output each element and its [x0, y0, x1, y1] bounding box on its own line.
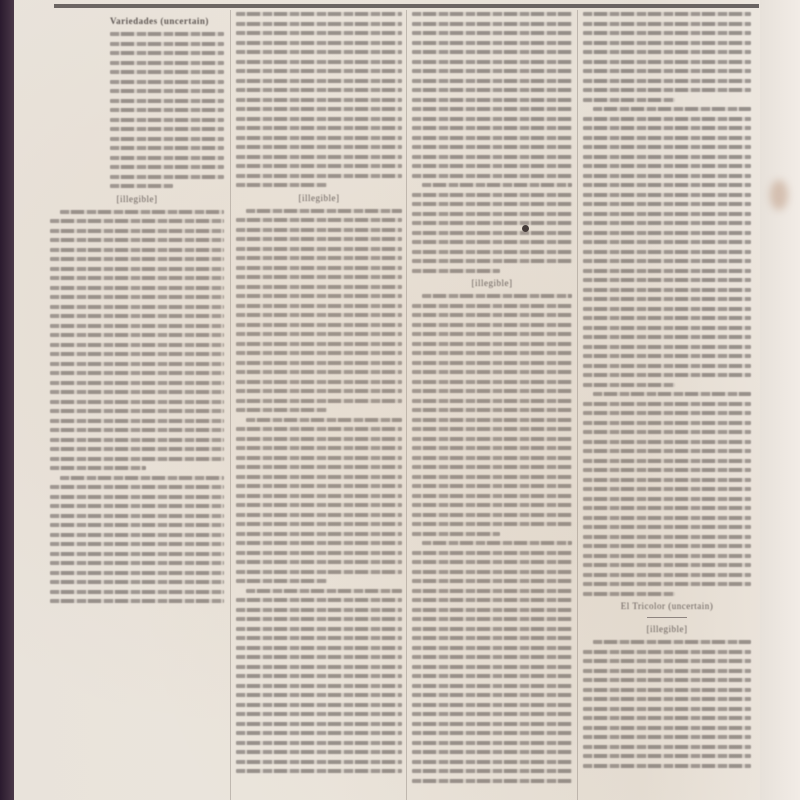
text-line [412, 98, 572, 102]
text-line [50, 371, 224, 375]
text-line [583, 60, 751, 64]
text-line [236, 266, 402, 270]
text-line [412, 589, 572, 593]
text-line [110, 42, 224, 46]
text-line [110, 32, 224, 36]
text-line [236, 304, 402, 308]
column-4-body-text: El Tricolor (uncertain)[illegible] [583, 12, 751, 768]
ink-blot [522, 225, 529, 232]
text-line [50, 523, 224, 527]
column-4: El Tricolor (uncertain)[illegible] [583, 12, 751, 773]
text-line [50, 305, 224, 309]
text-line [50, 504, 224, 508]
text-line [412, 684, 572, 688]
text-line [583, 212, 751, 216]
text-line [583, 98, 675, 102]
text-line [50, 514, 224, 518]
text-line [583, 345, 751, 349]
text-line [412, 646, 572, 650]
text-line [583, 307, 751, 311]
text-line [236, 107, 402, 111]
text-line [236, 41, 402, 45]
text-line [412, 164, 572, 168]
text-line [412, 418, 572, 422]
text-line [236, 342, 402, 346]
text-line [236, 494, 402, 498]
text-line [583, 31, 751, 35]
column-1-body-text [50, 210, 224, 604]
text-line [50, 571, 224, 575]
text-line [412, 703, 572, 707]
page-margin [760, 0, 800, 800]
text-line [236, 145, 402, 149]
text-line [236, 174, 402, 178]
text-line [50, 438, 224, 442]
text-line [236, 285, 402, 289]
text-line [236, 636, 402, 640]
text-line [236, 31, 402, 35]
text-line [110, 108, 224, 112]
text-line [236, 617, 402, 621]
text-line [236, 522, 402, 526]
text-line [50, 533, 224, 537]
text-line [583, 269, 751, 273]
text-line [593, 107, 751, 111]
text-line [110, 137, 224, 141]
text-line [236, 155, 402, 159]
column-1: Variedades (uncertain) [illegible] [50, 12, 224, 609]
text-line [412, 212, 572, 216]
text-line [583, 364, 751, 368]
text-line [50, 219, 224, 223]
text-line [583, 573, 751, 577]
text-line [236, 408, 327, 412]
text-line [236, 608, 402, 612]
text-line [583, 202, 751, 206]
text-line [236, 598, 402, 602]
column-divider [406, 10, 407, 800]
text-line [583, 697, 751, 701]
text-line [236, 256, 402, 260]
text-line [50, 428, 224, 432]
text-line [412, 570, 572, 574]
text-line [236, 693, 402, 697]
text-line [412, 437, 572, 441]
text-line [583, 525, 751, 529]
text-line [110, 89, 224, 93]
text-line [236, 503, 402, 507]
text-line [50, 409, 224, 413]
text-line [583, 650, 751, 654]
text-line [583, 468, 751, 472]
text-line [412, 126, 572, 130]
text-line [236, 655, 402, 659]
text-line [412, 560, 572, 564]
text-line [412, 665, 572, 669]
text-line [412, 532, 500, 536]
text-line [50, 362, 224, 366]
text-line [236, 570, 402, 574]
text-line [50, 390, 224, 394]
text-line [583, 383, 675, 387]
text-line [236, 218, 402, 222]
text-line [412, 107, 572, 111]
text-line [583, 326, 751, 330]
text-line [236, 50, 402, 54]
text-line [583, 669, 751, 673]
text-line [236, 69, 402, 73]
text-line [412, 741, 572, 745]
text-line [50, 238, 224, 242]
text-line [412, 674, 572, 678]
text-line [412, 503, 572, 507]
text-line [583, 544, 751, 548]
text-line [110, 99, 224, 103]
text-line [412, 513, 572, 517]
text-line [110, 118, 224, 122]
text-line [583, 22, 751, 26]
text-line [412, 389, 572, 393]
text-line [412, 475, 572, 479]
column-2-body-text: [illegible] [236, 12, 402, 773]
text-line [593, 392, 751, 396]
text-line [412, 769, 572, 773]
text-line [412, 579, 572, 583]
text-line [583, 145, 751, 149]
text-line [236, 741, 402, 745]
text-line [246, 209, 402, 213]
top-rule [54, 4, 759, 8]
text-line [236, 136, 402, 140]
text-line [236, 88, 402, 92]
text-line [412, 408, 572, 412]
text-line [412, 446, 572, 450]
newspaper-page: Variedades (uncertain) [illegible] [ille… [14, 0, 800, 800]
text-line [412, 351, 572, 355]
text-line [236, 389, 402, 393]
text-line [236, 750, 402, 754]
text-line [50, 466, 146, 470]
text-line [236, 665, 402, 669]
text-line [236, 332, 402, 336]
text-line [583, 354, 751, 358]
text-line [412, 41, 572, 45]
column-3-body-text: [illegible] [412, 12, 572, 783]
text-line [236, 551, 402, 555]
text-line [422, 294, 572, 298]
text-line [110, 127, 224, 131]
background-edge [0, 0, 14, 800]
section-heading: El Tricolor (uncertain) [583, 601, 751, 611]
section-heading: [illegible] [236, 193, 402, 203]
text-line [583, 335, 751, 339]
text-line [236, 275, 402, 279]
text-line [412, 427, 572, 431]
text-line [583, 459, 751, 463]
text-line [412, 731, 572, 735]
text-line [583, 117, 751, 121]
column-divider [230, 10, 231, 800]
text-line [50, 314, 224, 318]
text-line [412, 323, 572, 327]
text-line [412, 342, 572, 346]
text-line [110, 51, 224, 55]
text-line [50, 542, 224, 546]
text-line [236, 513, 402, 517]
text-line [236, 560, 402, 564]
section-heading: [illegible] [412, 278, 572, 288]
text-line [236, 674, 402, 678]
text-line [412, 79, 572, 83]
text-line [583, 79, 751, 83]
text-line [583, 678, 751, 682]
text-line [236, 361, 402, 365]
text-line [50, 286, 224, 290]
text-line [583, 126, 751, 130]
text-line [50, 495, 224, 499]
text-line [583, 563, 751, 567]
text-line [236, 446, 402, 450]
text-line [422, 541, 572, 545]
column-1-top-text [110, 32, 224, 188]
text-line [110, 61, 224, 65]
text-line [412, 380, 572, 384]
text-line [583, 259, 751, 263]
text-line [236, 247, 402, 251]
text-line [583, 240, 751, 244]
text-line [412, 361, 572, 365]
text-line [412, 60, 572, 64]
text-line [583, 592, 675, 596]
text-line [412, 712, 572, 716]
text-line [583, 430, 751, 434]
text-line [412, 779, 572, 783]
text-line [412, 617, 572, 621]
text-line [412, 370, 572, 374]
text-line [412, 608, 572, 612]
text-line [110, 184, 173, 188]
text-line [236, 731, 402, 735]
text-line [583, 297, 751, 301]
text-line [412, 465, 572, 469]
text-line [583, 487, 751, 491]
text-line [236, 760, 402, 764]
text-line [412, 636, 572, 640]
text-line [412, 202, 572, 206]
text-line [583, 136, 751, 140]
text-line [50, 561, 224, 565]
text-line [50, 599, 224, 603]
text-line [110, 165, 224, 169]
text-line [583, 659, 751, 663]
text-line [412, 22, 572, 26]
text-line [412, 50, 572, 54]
text-line [412, 627, 572, 631]
text-line [412, 722, 572, 726]
paper-stain [770, 180, 788, 210]
text-line [412, 304, 572, 308]
text-line [50, 447, 224, 451]
text-line [236, 541, 402, 545]
text-line [236, 164, 402, 168]
text-line [50, 229, 224, 233]
text-line [236, 313, 402, 317]
text-line [583, 745, 751, 749]
text-line [236, 399, 402, 403]
text-line [236, 380, 402, 384]
text-line [583, 582, 751, 586]
text-line [583, 516, 751, 520]
text-line [110, 80, 224, 84]
text-line [412, 231, 572, 235]
text-line [583, 754, 751, 758]
text-line [412, 69, 572, 73]
text-line [422, 183, 572, 187]
text-line [50, 485, 224, 489]
text-line [236, 237, 402, 241]
text-line [236, 228, 402, 232]
text-line [236, 183, 327, 187]
text-line [583, 764, 751, 768]
text-line [583, 707, 751, 711]
text-line [412, 693, 572, 697]
column-divider [577, 10, 578, 800]
text-line [583, 50, 751, 54]
text-line [583, 421, 751, 425]
text-line [236, 532, 402, 536]
text-line [583, 41, 751, 45]
text-line [236, 627, 402, 631]
text-line [50, 333, 224, 337]
text-line [412, 145, 572, 149]
text-line [583, 164, 751, 168]
text-line [50, 324, 224, 328]
text-line [110, 146, 224, 150]
text-line [236, 117, 402, 121]
text-line [412, 750, 572, 754]
text-line [583, 155, 751, 159]
text-line [412, 240, 572, 244]
text-line [412, 760, 572, 764]
text-line [60, 476, 224, 480]
text-line [50, 267, 224, 271]
text-line [583, 554, 751, 558]
text-line [583, 183, 751, 187]
text-line [236, 456, 402, 460]
column-header: Variedades (uncertain) [110, 16, 224, 26]
text-line [412, 250, 572, 254]
text-line [50, 295, 224, 299]
text-line [50, 580, 224, 584]
text-line [583, 231, 751, 235]
text-line [236, 126, 402, 130]
text-line [236, 646, 402, 650]
text-line [412, 399, 572, 403]
text-line [412, 12, 572, 16]
text-line [412, 136, 572, 140]
text-line [412, 88, 572, 92]
text-line [412, 269, 500, 273]
text-line [236, 465, 402, 469]
text-line [110, 70, 224, 74]
text-line [246, 418, 402, 422]
text-line [583, 449, 751, 453]
text-line [236, 22, 402, 26]
text-line [236, 579, 327, 583]
text-line [236, 351, 402, 355]
text-line [236, 684, 402, 688]
heading-rule [647, 617, 687, 618]
section-heading: [illegible] [50, 194, 224, 204]
text-line [110, 175, 224, 179]
text-line [583, 716, 751, 720]
text-line [583, 726, 751, 730]
text-line [236, 60, 402, 64]
text-line [412, 259, 572, 263]
text-line [236, 722, 402, 726]
text-line [110, 156, 224, 160]
text-line [583, 535, 751, 539]
text-line [50, 419, 224, 423]
text-line [50, 352, 224, 356]
text-line [236, 294, 402, 298]
text-line [583, 735, 751, 739]
text-line [50, 343, 224, 347]
text-line [412, 494, 572, 498]
text-line [593, 640, 751, 644]
text-line [50, 457, 224, 461]
text-line [583, 316, 751, 320]
text-line [50, 257, 224, 261]
text-line [583, 506, 751, 510]
text-line [583, 278, 751, 282]
text-line [236, 437, 402, 441]
text-line [412, 522, 572, 526]
text-line [50, 276, 224, 280]
text-line [412, 313, 572, 317]
text-line [236, 98, 402, 102]
text-line [583, 12, 751, 16]
text-line [236, 370, 402, 374]
text-line [50, 248, 224, 252]
text-line [236, 484, 402, 488]
text-line [412, 117, 572, 121]
text-line [412, 193, 572, 197]
column-3: [illegible] [412, 12, 572, 788]
text-line [60, 210, 224, 214]
text-line [412, 484, 572, 488]
text-line [50, 590, 224, 594]
text-line [583, 250, 751, 254]
text-line [583, 411, 751, 415]
text-line [583, 373, 751, 377]
text-line [50, 381, 224, 385]
text-line [236, 323, 402, 327]
text-line [412, 551, 572, 555]
text-line [236, 703, 402, 707]
text-line [412, 221, 572, 225]
text-line [412, 598, 572, 602]
text-line [583, 478, 751, 482]
text-line [583, 497, 751, 501]
text-line [412, 155, 572, 159]
text-line [583, 221, 751, 225]
text-line [583, 193, 751, 197]
text-line [583, 69, 751, 73]
text-line [236, 475, 402, 479]
text-line [246, 589, 402, 593]
column-2: [illegible] [236, 12, 402, 779]
